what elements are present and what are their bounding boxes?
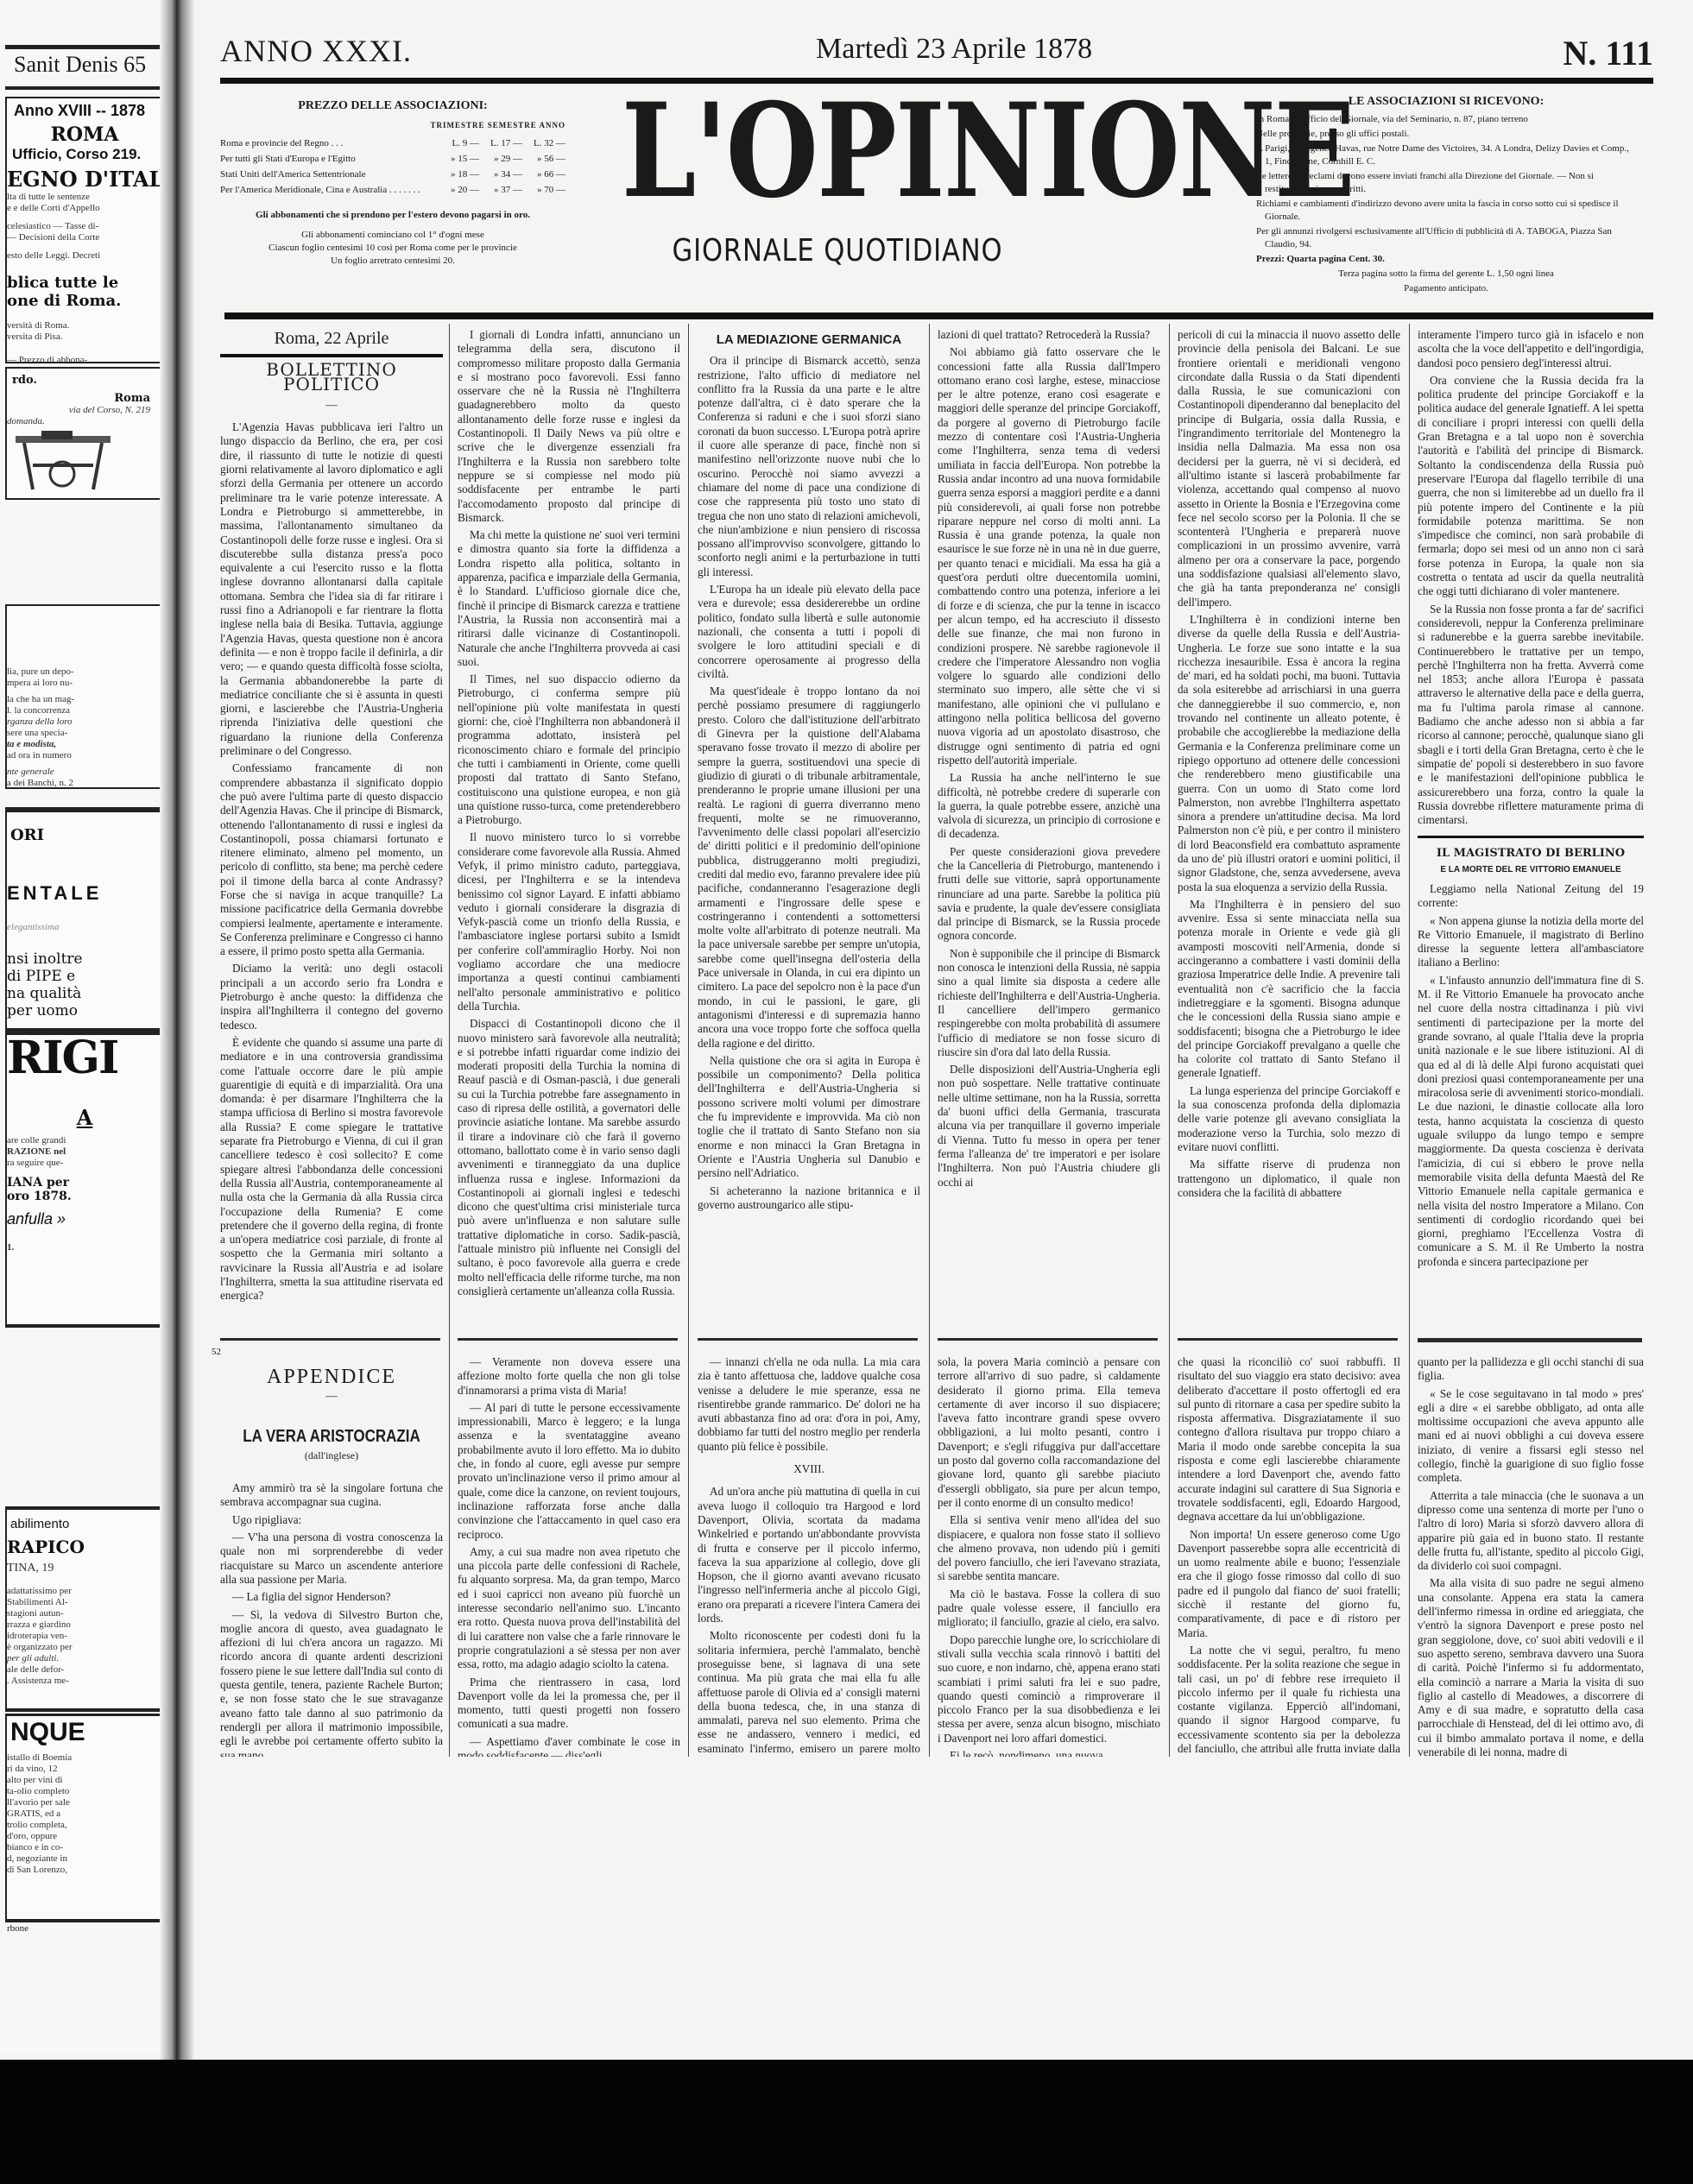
price-value: L. 9 —	[436, 136, 479, 151]
assoc-line: Prezzi: Quarta pagina Cent. 30.	[1256, 253, 1636, 266]
column-rule	[929, 324, 930, 1757]
ad-text: GRATIS, ed a	[7, 1808, 162, 1820]
column-rule	[449, 324, 450, 1757]
ad-text: rrazza e giardino	[7, 1619, 162, 1631]
article-paragraph: Dispacci di Costantinopoli dicono che il…	[458, 1017, 680, 1298]
ad-text: Roma	[7, 392, 162, 405]
ad-text: ad ora in numero	[7, 750, 162, 761]
ad-text: la che ha un mag-	[7, 694, 162, 705]
ad-headline: RIGI	[7, 1032, 162, 1084]
novel-paragraph: — Sì, la vedova di Silvestro Burton che,…	[220, 1608, 443, 1757]
ad-text: abilimento	[7, 1510, 162, 1531]
appendice-rule	[220, 1338, 440, 1341]
article-paragraph: Diciamo la verità: uno degli ostacoli pr…	[220, 962, 443, 1032]
column-5: pericoli di cui la minaccia il nuovo ass…	[1178, 328, 1400, 1329]
prices-note: Un foglio arretrato centesimi 20.	[220, 255, 565, 268]
ad-text: ta e modista,	[7, 739, 162, 750]
article-paragraph: « L'infausto annunzio dell'immatura fine…	[1418, 974, 1644, 1269]
ad-text: ra seguire que-	[7, 1158, 162, 1169]
ad-headline: one di Roma.	[7, 292, 162, 310]
ad-text: trolio completa,	[7, 1820, 162, 1831]
article-paragraph: L'Inghilterra è in condizioni interne be…	[1178, 613, 1400, 894]
ad-rule	[5, 86, 161, 90]
novel-paragraph: Amy, a cui sua madre non avea ripetuto c…	[458, 1545, 680, 1672]
newspaper-title: L'OPINIONE	[622, 86, 1053, 216]
ad-year: Anno XVIII -- 1878	[7, 98, 162, 123]
column-6: interamente l'impero turco già in isface…	[1418, 328, 1644, 1329]
column-1-bollettino: Roma, 22 Aprile BOLLETTINO POLITICO — L'…	[220, 328, 443, 1329]
ad-text: — Decisioni della Corte	[7, 232, 162, 243]
appendice-rule	[458, 1338, 678, 1341]
appendice-rule	[698, 1338, 918, 1341]
ad-sewing: lia, pure un depo- mpera ai loro nu- la …	[5, 604, 167, 789]
prices-table: Roma e provincie del Regno . . .L. 9 —L.…	[220, 136, 565, 198]
prices-note: Ciascun foglio centesimi 10 così per Rom…	[220, 242, 565, 255]
price-value: » 34 —	[479, 167, 522, 182]
newspaper-page: ANNO XXXI. Martedì 23 Aprile 1878 N. 111…	[194, 0, 1693, 2060]
assoc-line: In Roma all'ufficio del Giornale, via de…	[1256, 113, 1636, 126]
ad-text: adattatissimo per	[7, 1586, 162, 1597]
novel-paragraph: « Se le cose seguitavano in tal modo » p…	[1418, 1387, 1644, 1486]
ad-text: d, negoziante in	[7, 1853, 162, 1865]
year-volume: ANNO XXXI.	[220, 33, 412, 69]
ad-text: . Assistenza me-	[7, 1676, 162, 1687]
article-paragraph: La lunga esperienza del principe Gorciak…	[1178, 1084, 1400, 1154]
chapter-number: XVIII.	[698, 1462, 920, 1476]
ad-text: lta di tutte le sentenze	[7, 192, 162, 203]
price-value: L. 32 —	[522, 136, 565, 151]
ad-parigi: RIGI A are colle grandi RAZIONE nel ra s…	[5, 1032, 166, 1328]
ad-text: per gli adulti.	[7, 1653, 162, 1664]
article-paragraph: Leggiamo nella National Zeitung del 19 c…	[1418, 882, 1644, 911]
price-value: » 20 —	[436, 182, 479, 198]
ad-text: idroterapia ven-	[7, 1631, 162, 1642]
heading-rule	[220, 354, 443, 357]
article-paragraph: Il nuovo ministero turco lo si vorrebbe …	[458, 830, 680, 1013]
price-value: » 70 —	[522, 182, 565, 198]
article-paragraph: Confessiamo francamente di non comprende…	[220, 761, 443, 958]
assoc-line: Per gli annunzi rivolgersi esclusivament…	[1256, 225, 1636, 251]
article-paragraph: L'Agenzia Havas pubblicava ieri l'altro …	[220, 420, 443, 758]
ad-text: versita di Pisa.	[7, 331, 162, 343]
column-3-mediazione: LA MEDIAZIONE GERMANICA Ora il principe …	[698, 328, 920, 1329]
ad-text: versità di Roma.	[7, 320, 162, 331]
price-value: » 37 —	[479, 182, 522, 198]
ad-hydrotherapy: abilimento RAPICO TINA, 19 adattatissimo…	[5, 1506, 167, 1712]
ad-text: via del Corso, N. 219	[7, 405, 162, 416]
prices-heading: PREZZO DELLE ASSOCIAZIONI:	[220, 99, 565, 113]
novel-paragraph: Prima che rientrassero in casa, lord Dav…	[458, 1676, 680, 1732]
article-paragraph: « Non appena giunse la notizia della mor…	[1418, 914, 1644, 970]
article-paragraph: Delle disposizioni dell'Austria-Ungheria…	[938, 1063, 1160, 1190]
prices-column-headers: TRIMESTRE SEMESTRE ANNO	[220, 118, 565, 132]
assoc-line: Terza pagina sotto la firma del gerente …	[1256, 268, 1636, 281]
ad-headline: ENTALE	[7, 882, 162, 905]
article-paragraph: Se la Russia non fosse pronta a far de' …	[1418, 603, 1644, 828]
ad-text: di San Lorenzo,	[7, 1865, 162, 1876]
appendice-label: APPENDICE	[220, 1370, 443, 1384]
ad-city: ROMA	[7, 123, 162, 146]
novel-paragraph: — Al pari di tutte le persone eccessivam…	[458, 1401, 680, 1542]
price-value: L. 17 —	[479, 136, 522, 151]
appendice-column-2: — Veramente non doveva essere una affezi…	[458, 1355, 680, 1757]
ad-office: Ufficio, Corso 219.	[7, 146, 162, 163]
section-subheading: E LA MORTE DEL RE VITTORIO EMANUELE	[1418, 863, 1644, 877]
prices-note: Gli abbonamenti cominciano col 1° d'ogni…	[220, 229, 565, 242]
article-paragraph: Ma siffatte riserve di prudenza non trat…	[1178, 1158, 1400, 1200]
ad-text: a dei Banchi, n. 2	[7, 778, 162, 789]
ad-text: nte generale	[7, 767, 162, 778]
ad-text: IANA per	[7, 1176, 162, 1190]
scan-background-band	[0, 2060, 1693, 2184]
appendice-rule	[938, 1338, 1158, 1341]
appendice-rule	[1418, 1338, 1642, 1342]
article-paragraph: La Russia ha anche nell'interno le sue d…	[938, 771, 1160, 841]
ad-text: anfulla »	[7, 1210, 162, 1228]
assoc-line: Pagamento anticipato.	[1256, 282, 1636, 295]
column-4: lazioni di quel trattato? Retrocederà la…	[938, 328, 1160, 1329]
price-value: » 66 —	[522, 167, 565, 182]
article-paragraph: Ma l'Inghilterra è in pensiero del suo a…	[1178, 898, 1400, 1081]
article-paragraph: Il Times, nel suo dispaccio odierno da P…	[458, 672, 680, 827]
ad-text: nsi inoltre	[7, 950, 162, 968]
ad-text: rbone	[7, 1923, 28, 1934]
price-value: » 56 —	[522, 151, 565, 167]
appendice-column-3: — innanzi ch'ella ne oda nulla. La mia c…	[698, 1355, 920, 1757]
ad-text: esto delle Leggi. Decreti	[7, 250, 162, 262]
ad-text: are colle grandi	[7, 1135, 162, 1146]
appendice-column-1: APPENDICE — LA VERA ARISTOCRAZIA (dall'i…	[220, 1351, 443, 1757]
subscription-info: LE ASSOCIAZIONI SI RICEVONO: In Roma all…	[1256, 95, 1636, 297]
table-row: Per tutti gli Stati d'Europa e l'Egitto»…	[220, 151, 565, 167]
novel-paragraph: Ugo ripigliava:	[220, 1513, 443, 1527]
novel-paragraph: — innanzi ch'ella ne oda nulla. La mia c…	[698, 1355, 920, 1454]
ad-pipes: ORI ENTALE elegantissima nsi inoltre di …	[5, 807, 167, 1033]
heading-dash: —	[220, 398, 443, 412]
ad-text: e e delle Corti d'Appello	[7, 203, 162, 214]
ad-text: ri da vino, 12	[7, 1764, 162, 1775]
article-paragraph: I giornali di Londra infatti, annunciano…	[458, 328, 680, 525]
article-paragraph: interamente l'impero turco già in isface…	[1418, 328, 1644, 370]
ad-text: na qualità	[7, 985, 162, 1002]
article-heading: LA MEDIAZIONE GERMANICA	[698, 333, 920, 347]
article-paragraph: Non è supponibile che il principe di Bis…	[938, 947, 1160, 1059]
ad-text: oro 1878.	[7, 1190, 162, 1203]
ad-text: mpera ai loro nu-	[7, 678, 162, 689]
article-heading: BOLLETTINO POLITICO	[220, 363, 443, 391]
masthead-rule-bottom	[224, 312, 1653, 319]
sewing-machine-illustration	[7, 431, 128, 491]
subscription-prices: PREZZO DELLE ASSOCIAZIONI: TRIMESTRE SEM…	[220, 99, 565, 268]
ad-headline: NQUE	[7, 1716, 162, 1749]
appendice-column-4: sola, la povera Maria cominciò a pensare…	[938, 1355, 1160, 1757]
appendice-column-5: che quasi la riconciliò co' suoi rabbuff…	[1178, 1355, 1400, 1757]
column-rule	[1409, 324, 1410, 1757]
price-label: Stati Uniti dell'America Settentrionale	[220, 167, 436, 182]
ad-rule	[5, 45, 161, 49]
ad-text: rganza della loro	[7, 716, 162, 728]
ad-text: bianco e in co-	[7, 1842, 162, 1853]
article-paragraph: Nella quistione che ora si agita in Euro…	[698, 1054, 920, 1181]
article-paragraph: L'Europa ha un ideale più elevato della …	[698, 583, 920, 681]
table-row: Per l'America Meridionale, Cina e Austra…	[220, 182, 565, 198]
issue-date: Martedì 23 Aprile 1878	[816, 33, 1092, 66]
heading-dash: —	[220, 1389, 443, 1403]
ad-text: rdo.	[7, 369, 162, 392]
novel-paragraph: — La figlia del signor Henderson?	[220, 1590, 443, 1604]
newspaper-subtitle: GIORNALE QUOTIDIANO	[614, 233, 1062, 268]
article-paragraph: Ora il principe di Bismarck accettò, sen…	[698, 354, 920, 579]
page-fold-shadow	[160, 0, 194, 2063]
table-row: Stati Uniti dell'America Settentrionale»…	[220, 167, 565, 182]
section-heading: IL MAGISTRATO DI BERLINO	[1418, 847, 1644, 861]
ad-text: ta-olio completo	[7, 1786, 162, 1797]
article-paragraph: pericoli di cui la minaccia il nuovo ass…	[1178, 328, 1400, 609]
prices-note: Gli abbonamenti che si prendono per l'es…	[220, 208, 565, 222]
ad-text: lia, pure un depo-	[7, 666, 162, 678]
novel-paragraph: Ella si sentiva venir meno all'idea del …	[938, 1513, 1160, 1583]
article-paragraph: Ora conviene che la Russia decida fra la…	[1418, 374, 1644, 599]
section-rule	[1418, 836, 1644, 838]
ad-text: sere una specia-	[7, 728, 162, 739]
assoc-line: Le lettere e i reclami devono essere inv…	[1256, 170, 1636, 196]
ad-text: è organizzato per	[7, 1642, 162, 1653]
novel-paragraph: Ma alla visita di suo padre ne seguì alm…	[1418, 1576, 1644, 1757]
ad-text: l. la concorrenza	[7, 705, 162, 716]
adjacent-page-ads: Sanit Denis 65 Anno XVIII -- 1878 ROMA U…	[0, 0, 177, 2055]
novel-source: (dall'inglese)	[220, 1449, 443, 1462]
novel-paragraph: Dopo parecchie lunghe ore, lo scricchiol…	[938, 1633, 1160, 1745]
ad-text: Stabilimenti Al-	[7, 1597, 162, 1608]
assoc-line: A Parigi, all'Agence Havas, rue Notre Da…	[1256, 142, 1636, 168]
issue-number: N. 111	[1563, 33, 1653, 73]
price-value: » 18 —	[436, 167, 479, 182]
article-paragraph: lazioni di quel trattato? Retrocederà la…	[938, 328, 1160, 342]
article-paragraph: Per queste considerazioni giova preveder…	[938, 845, 1160, 944]
novel-paragraph: Ei le recò, nondimeno, una nuova	[938, 1749, 1160, 1757]
price-value: » 15 —	[436, 151, 479, 167]
ad-text: celesiastico — Tasse di-	[7, 221, 162, 232]
ad-address: rdo. Roma via del Corso, N. 219 domanda.	[5, 367, 167, 500]
ad-headline: RAPICO	[7, 1537, 162, 1557]
table-row: Roma e provincie del Regno . . .L. 9 —L.…	[220, 136, 565, 151]
ad-text: alto per vini di	[7, 1775, 162, 1786]
ad-text: stagioni autun-	[7, 1608, 162, 1619]
price-value: » 29 —	[479, 151, 522, 167]
novel-paragraph: Atterrita a tale minaccia (che le suonav…	[1418, 1489, 1644, 1574]
novel-paragraph: — V'ha una persona di vostra conoscenza …	[220, 1531, 443, 1587]
column-rule	[688, 324, 689, 1757]
price-label: Per l'America Meridionale, Cina e Austra…	[220, 182, 436, 198]
novel-paragraph: che quasi la riconciliò co' suoi rabbuff…	[1178, 1355, 1400, 1524]
column-rule	[1169, 324, 1170, 1757]
novel-paragraph: Amy ammirò tra sè la singolare fortuna c…	[220, 1481, 443, 1510]
novel-paragraph: La notte che vi seguì, peraltro, fu meno…	[1178, 1644, 1400, 1757]
price-label: Per tutti gli Stati d'Europa e l'Egitto	[220, 151, 436, 167]
dateline: Roma, 22 Aprile	[220, 331, 443, 345]
novel-title: LA VERA ARISTOCRAZIA	[237, 1430, 426, 1443]
ad-text: 1.	[7, 1242, 162, 1253]
novel-paragraph: quanto per la pallidezza e gli occhi sta…	[1418, 1355, 1644, 1384]
article-paragraph: Si acheteranno la nazione britannica e i…	[698, 1184, 920, 1213]
novel-paragraph: — Veramente non doveva essere una affezi…	[458, 1355, 680, 1398]
ad-text: RAZIONE nel	[7, 1146, 162, 1158]
ad-text: ll'avorio per sale	[7, 1797, 162, 1808]
novel-paragraph: Molto riconoscente per codesti doni fu l…	[698, 1629, 920, 1757]
ad-text: TINA, 19	[7, 1562, 162, 1574]
appendice-column-6: quanto per la pallidezza e gli occhi sta…	[1418, 1355, 1644, 1757]
ad-headline: A	[7, 1105, 162, 1130]
assoc-line: Richiami e cambiamenti d'indirizzo devon…	[1256, 198, 1636, 224]
ad-text: — Prezzo di abbona-	[7, 355, 162, 363]
ad-text: istallo di Boemia	[7, 1752, 162, 1764]
novel-paragraph: Ma ciò le bastava. Fosse la collera di s…	[938, 1588, 1160, 1630]
novel-paragraph: — Aspettiamo d'aver combinate le cose in…	[458, 1735, 680, 1757]
column-2: I giornali di Londra infatti, annunciano…	[458, 328, 680, 1329]
novel-paragraph: sola, la povera Maria cominciò a pensare…	[938, 1355, 1160, 1510]
ad-text: di PIPE e	[7, 968, 162, 985]
novel-paragraph: Non importa! Un essere generoso come Ugo…	[1178, 1528, 1400, 1640]
novel-paragraph: Ad un'ora anche più mattutina di quella …	[698, 1485, 920, 1625]
ad-glassware: NQUE istallo di Boemia ri da vino, 12 al…	[5, 1714, 166, 1922]
ad-headline: ORI	[7, 812, 162, 844]
assoc-heading: LE ASSOCIAZIONI SI RICEVONO:	[1256, 95, 1636, 108]
article-paragraph: Ma quest'ideale è troppo lontano da noi …	[698, 685, 920, 1051]
assoc-line: Nelle provincie, presso gli uffici posta…	[1256, 128, 1636, 141]
ad-text: d'oro, oppure	[7, 1831, 162, 1842]
article-paragraph: È evidente che quando si assume una part…	[220, 1036, 443, 1303]
price-label: Roma e provincie del Regno . . .	[220, 136, 436, 151]
ad-text: per uomo	[7, 1002, 162, 1019]
ad-headline: EGNO D'ITALIA	[7, 167, 162, 192]
article-paragraph: Noi abbiamo già fatto osservare che le c…	[938, 345, 1160, 767]
ad-legal-journal: Anno XVIII -- 1878 ROMA Ufficio, Corso 2…	[5, 97, 164, 363]
ad-text: elegantissima	[7, 922, 162, 933]
appendice-rule	[1178, 1338, 1398, 1341]
ad-headline: blica tutte le	[7, 274, 162, 292]
ad-text: domanda.	[7, 416, 162, 427]
article-paragraph: Ma chi mette la quistione ne' suoi veri …	[458, 528, 680, 669]
ad-text: ale delle defor-	[7, 1664, 162, 1676]
ad-header-sanit-denis: Sanit Denis 65	[5, 52, 169, 81]
